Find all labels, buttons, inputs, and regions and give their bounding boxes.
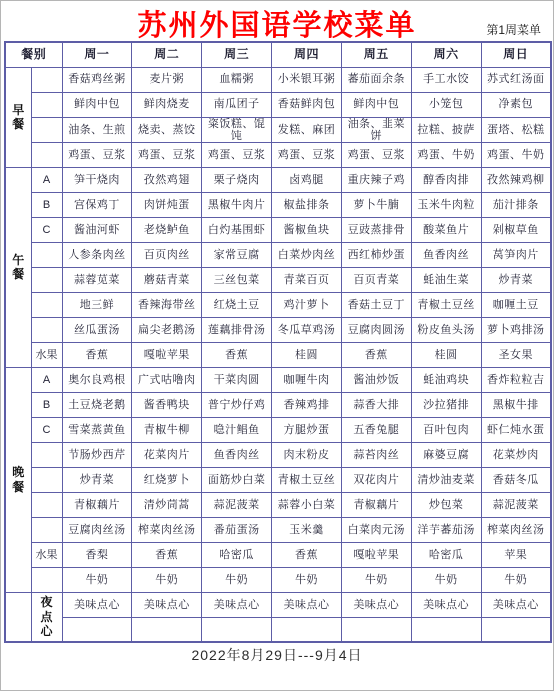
week-label: 第1周菜单 [486,21,541,38]
menu-cell: 酱香鸭块 [132,392,202,417]
row-sub-empty [31,142,62,167]
menu-cell: 孜然辣鸡柳 [481,167,551,192]
menu-cell: 美味点心 [481,592,551,617]
table-row: 丝瓜蛋汤扁尖老鹅汤莲藕排骨汤冬瓜草鸡汤豆腐肉圆汤粉皮鱼头汤萝卜鸡排汤 [5,317,551,342]
row-sub-empty [31,67,62,92]
menu-cell: 咖喱土豆 [481,292,551,317]
day-header-2: 周二 [132,42,202,67]
row-sub-label: A [31,167,62,192]
menu-cell: 香蕉 [202,342,272,367]
menu-cell: 萝卜鸡排汤 [481,317,551,342]
menu-cell: 青菜百页 [272,267,342,292]
header-row: 餐别 周一周二周三周四周五周六周日 [5,42,551,67]
menu-table: 餐别 周一周二周三周四周五周六周日 早 餐香菇鸡丝粥麦片粥血糯粥小米银耳粥蕃茄面… [4,41,552,643]
menu-cell: 牛奶 [272,567,342,592]
section-spacer-cell [5,592,31,642]
menu-cell: 卤鸡腿 [272,167,342,192]
menu-cell: 手工水饺 [411,67,481,92]
table-row: 蒜蓉苋菜蘑菇青菜三丝包菜青菜百页百页青菜蚝油生菜炒青菜 [5,267,551,292]
menu-cell: 蚝油鸡块 [411,367,481,392]
menu-cell: 苹果 [481,542,551,567]
row-sub-label: 水果 [31,342,62,367]
menu-cell: 净素包 [481,92,551,117]
menu-cell: 鲜肉中包 [62,92,132,117]
menu-cell: 广式咕噜肉 [132,367,202,392]
table-row: 早 餐香菇鸡丝粥麦片粥血糯粥小米银耳粥蕃茄面余条手工水饺苏式红汤面 [5,67,551,92]
table-row: 豆腐肉丝汤榨菜肉丝汤番茄蛋汤玉米羹白菜肉元汤洋芋蕃茄汤榨菜肉丝汤 [5,517,551,542]
menu-cell: 美味点心 [62,592,132,617]
menu-cell: 三丝包菜 [202,267,272,292]
date-range: 2022年8月29日---9月4日 [1,643,553,667]
table-row: C酱油河虾老烧鲈鱼白灼基围虾酱椒鱼块豆豉蒸排骨酸菜鱼片剁椒草鱼 [5,217,551,242]
page-title: 苏州外国语学校菜单 [1,3,553,44]
menu-cell: 牛奶 [62,567,132,592]
menu-cell: 蕃茄面余条 [341,67,411,92]
menu-cell: 方腿炒蛋 [272,417,342,442]
menu-sheet: 苏州外国语学校菜单 第1周菜单 餐别 周一周二周三周四周五周六周日 早 餐香菇鸡… [0,0,554,691]
menu-cell: 百页肉丝 [132,242,202,267]
menu-cell: 嘎啦苹果 [132,342,202,367]
menu-cell: 美味点心 [132,592,202,617]
menu-cell: 香蕉 [132,542,202,567]
menu-cell: 莲藕排骨汤 [202,317,272,342]
table-row: C雪菜蒸黄鱼青椒牛柳喼汁鲳鱼方腿炒蛋五香兔腿百叶包肉虾仁炖水蛋 [5,417,551,442]
menu-cell: 青椒藕片 [62,492,132,517]
menu-cell: 牛奶 [132,567,202,592]
menu-cell: 炒包菜 [411,492,481,517]
menu-cell: 青椒土豆丝 [411,292,481,317]
menu-cell: 香梨 [62,542,132,567]
menu-cell: 鲜肉烧麦 [132,92,202,117]
menu-cell: 鸡蛋、牛奶 [481,142,551,167]
row-sub-empty [31,492,62,517]
menu-cell: 香菇冬瓜 [481,467,551,492]
menu-cell [341,617,411,642]
menu-cell: 黑椒牛肉片 [202,192,272,217]
menu-cell: 小笼包 [411,92,481,117]
menu-cell: 五香兔腿 [341,417,411,442]
table-row: 鲜肉中包鲜肉烧麦南瓜团子香菇鲜肉包鲜肉中包小笼包净素包 [5,92,551,117]
menu-cell: 蒜香大排 [341,392,411,417]
menu-cell: 干菜肉圆 [202,367,272,392]
row-sub-label: A [31,367,62,392]
menu-cell: 鸡蛋、豆浆 [272,142,342,167]
table-row: 地三鲜香辣海带丝红烧土豆鸡汁萝卜香菇土豆丁青椒土豆丝咖喱土豆 [5,292,551,317]
menu-cell: 香菇鸡丝粥 [62,67,132,92]
menu-cell: 香辣海带丝 [132,292,202,317]
menu-cell: 百页青菜 [341,267,411,292]
section-label: 早 餐 [5,67,31,167]
menu-cell: 香蕉 [62,342,132,367]
row-sub-empty [31,442,62,467]
menu-cell: 普宁炒仔鸡 [202,392,272,417]
menu-cell: 青椒藕片 [341,492,411,517]
menu-cell: 牛奶 [411,567,481,592]
menu-cell: 百叶包肉 [411,417,481,442]
menu-cell: 喼汁鲳鱼 [202,417,272,442]
row-sub-empty [31,242,62,267]
menu-cell: 醇香肉排 [411,167,481,192]
menu-cell: 老烧鲈鱼 [132,217,202,242]
menu-cell: 圣女果 [481,342,551,367]
table-row: 夜 点 心美味点心美味点心美味点心美味点心美味点心美味点心美味点心 [5,592,551,617]
menu-cell: 酱油炒饭 [341,367,411,392]
menu-cell: 番茄蛋汤 [202,517,272,542]
menu-cell: 黑椒牛排 [481,392,551,417]
table-row: 人参条肉丝百页肉丝家常豆腐白菜炒肉丝西红柿炒蛋鱼香肉丝莴笋肉片 [5,242,551,267]
row-sub-empty [31,292,62,317]
menu-cell: 美味点心 [411,592,481,617]
menu-cell: 花菜肉片 [132,442,202,467]
menu-cell: 美味点心 [272,592,342,617]
menu-cell: 蒜泥菠菜 [202,492,272,517]
menu-cell: 虾仁炖水蛋 [481,417,551,442]
menu-cell [202,617,272,642]
row-sub-label: C [31,217,62,242]
row-sub-label: C [31,417,62,442]
menu-cell: 酸菜鱼片 [411,217,481,242]
menu-cell: 麻婆豆腐 [411,442,481,467]
menu-cell [272,617,342,642]
menu-cell: 蒜泥菠菜 [481,492,551,517]
menu-cell: 蘑菇青菜 [132,267,202,292]
menu-cell: 蒜蓉小白菜 [272,492,342,517]
row-sub-empty [31,567,62,592]
menu-cell: 扁尖老鹅汤 [132,317,202,342]
menu-cell: 苏式红汤面 [481,67,551,92]
menu-cell: 人参条肉丝 [62,242,132,267]
day-header-6: 周六 [411,42,481,67]
table-row: 牛奶牛奶牛奶牛奶牛奶牛奶牛奶 [5,567,551,592]
menu-cell: 香蕉 [341,342,411,367]
section-label: 晚 餐 [5,367,31,592]
menu-cell: 白菜肉元汤 [341,517,411,542]
menu-cell: 香菇鲜肉包 [272,92,342,117]
menu-cell: 油条、生煎 [62,117,132,142]
menu-cell: 萝卜牛腩 [341,192,411,217]
menu-cell: 玉米羹 [272,517,342,542]
row-sub-empty [31,117,62,142]
table-row: 水果香蕉嘎啦苹果香蕉桂圆香蕉桂圆圣女果 [5,342,551,367]
table-row: 节肠炒西芹花菜肉片鱼香肉丝肉末粉皮蒜苔肉丝麻婆豆腐花菜炒肉 [5,442,551,467]
menu-cell: 香辣鸡排 [272,392,342,417]
menu-cell: 豆豉蒸排骨 [341,217,411,242]
menu-cell: 栗子烧肉 [202,167,272,192]
menu-cell: 哈密瓜 [202,542,272,567]
menu-cell: 油条、韭菜饼 [341,117,411,142]
menu-cell: 小米银耳粥 [272,67,342,92]
menu-cell: 洋芋蕃茄汤 [411,517,481,542]
menu-cell: 麦片粥 [132,67,202,92]
menu-cell: 肉末粉皮 [272,442,342,467]
menu-cell: 榨菜肉丝汤 [132,517,202,542]
menu-cell: 酱油河虾 [62,217,132,242]
row-sub-label: B [31,392,62,417]
menu-cell: 花菜炒肉 [481,442,551,467]
menu-cell: 红烧土豆 [202,292,272,317]
menu-cell: 红烧萝卜 [132,467,202,492]
menu-cell: 雪菜蒸黄鱼 [62,417,132,442]
section-label: 夜 点 心 [31,592,62,642]
menu-cell: 剁椒草鱼 [481,217,551,242]
menu-cell: 节肠炒西芹 [62,442,132,467]
menu-cell: 哈密瓜 [411,542,481,567]
menu-cell: 香菇土豆丁 [341,292,411,317]
menu-cell: 白菜炒肉丝 [272,242,342,267]
menu-cell: 南瓜团子 [202,92,272,117]
title-row: 苏州外国语学校菜单 第1周菜单 [1,1,553,41]
menu-cell: 蒜蓉苋菜 [62,267,132,292]
menu-cell: 西红柿炒蛋 [341,242,411,267]
table-row: 油条、生煎烧卖、蒸饺粢饭糕、馄饨发糕、麻团油条、韭菜饼拉糕、披萨蛋塔、松糕 [5,117,551,142]
menu-cell: 咖喱牛肉 [272,367,342,392]
row-sub-empty [31,267,62,292]
menu-cell: 粢饭糕、馄饨 [202,117,272,142]
menu-cell: 鸡汁萝卜 [272,292,342,317]
menu-cell: 丝瓜蛋汤 [62,317,132,342]
menu-cell: 牛奶 [341,567,411,592]
menu-cell: 鸡蛋、牛奶 [411,142,481,167]
menu-cell [411,617,481,642]
menu-cell: 拉糕、披萨 [411,117,481,142]
menu-cell [481,617,551,642]
menu-cell: 面筋炒白菜 [202,467,272,492]
table-row: 午 餐A笋干烧肉孜然鸡翅栗子烧肉卤鸡腿重庆辣子鸡醇香肉排孜然辣鸡柳 [5,167,551,192]
menu-cell: 青椒土豆丝 [272,467,342,492]
table-row: 青椒藕片清炒茼蒿蒜泥菠菜蒜蓉小白菜青椒藕片炒包菜蒜泥菠菜 [5,492,551,517]
row-sub-label: B [31,192,62,217]
menu-cell: 炒青菜 [62,467,132,492]
menu-cell: 宫保鸡丁 [62,192,132,217]
menu-cell: 肉饼炖蛋 [132,192,202,217]
menu-cell: 土豆烧老鹅 [62,392,132,417]
menu-cell: 牛奶 [202,567,272,592]
table-row: B宫保鸡丁肉饼炖蛋黑椒牛肉片椒盐排条萝卜牛腩玉米牛肉粒茄汁排条 [5,192,551,217]
menu-cell: 蚝油生菜 [411,267,481,292]
menu-cell: 鸡蛋、豆浆 [202,142,272,167]
menu-cell: 清炒茼蒿 [132,492,202,517]
table-row: 晚 餐A奥尔良鸡根广式咕噜肉干菜肉圆咖喱牛肉酱油炒饭蚝油鸡块香炸粒粒吉 [5,367,551,392]
menu-cell: 莴笋肉片 [481,242,551,267]
menu-cell: 椒盐排条 [272,192,342,217]
table-row: 鸡蛋、豆浆鸡蛋、豆浆鸡蛋、豆浆鸡蛋、豆浆鸡蛋、豆浆鸡蛋、牛奶鸡蛋、牛奶 [5,142,551,167]
menu-cell: 地三鲜 [62,292,132,317]
menu-cell: 牛奶 [481,567,551,592]
corner-header: 餐别 [5,42,62,67]
menu-cell: 双花肉片 [341,467,411,492]
menu-cell: 茄汁排条 [481,192,551,217]
day-header-1: 周一 [62,42,132,67]
menu-cell: 粉皮鱼头汤 [411,317,481,342]
row-sub-empty [31,467,62,492]
menu-cell: 重庆辣子鸡 [341,167,411,192]
menu-cell: 鸡蛋、豆浆 [132,142,202,167]
menu-cell: 血糯粥 [202,67,272,92]
menu-cell: 发糕、麻团 [272,117,342,142]
menu-cell: 嘎啦苹果 [341,542,411,567]
menu-cell: 冬瓜草鸡汤 [272,317,342,342]
menu-cell: 酱椒鱼块 [272,217,342,242]
row-sub-empty [31,517,62,542]
row-sub-label: 水果 [31,542,62,567]
menu-cell: 笋干烧肉 [62,167,132,192]
menu-cell: 孜然鸡翅 [132,167,202,192]
menu-cell: 炒青菜 [481,267,551,292]
menu-cell: 鸡蛋、豆浆 [341,142,411,167]
table-row: 炒青菜红烧萝卜面筋炒白菜青椒土豆丝双花肉片清炒油麦菜香菇冬瓜 [5,467,551,492]
day-header-4: 周四 [272,42,342,67]
menu-cell: 蒜苔肉丝 [341,442,411,467]
menu-cell: 桂圆 [272,342,342,367]
menu-cell: 鸡蛋、豆浆 [62,142,132,167]
table-row [5,617,551,642]
menu-cell: 家常豆腐 [202,242,272,267]
table-row: 水果香梨香蕉哈密瓜香蕉嘎啦苹果哈密瓜苹果 [5,542,551,567]
menu-cell: 美味点心 [341,592,411,617]
menu-cell: 豆腐肉丝汤 [62,517,132,542]
menu-cell: 蛋塔、松糕 [481,117,551,142]
menu-cell: 美味点心 [202,592,272,617]
menu-cell: 玉米牛肉粒 [411,192,481,217]
menu-cell: 清炒油麦菜 [411,467,481,492]
menu-cell: 青椒牛柳 [132,417,202,442]
table-row: B土豆烧老鹅酱香鸭块普宁炒仔鸡香辣鸡排蒜香大排沙拉猪排黑椒牛排 [5,392,551,417]
menu-cell [132,617,202,642]
day-header-7: 周日 [481,42,551,67]
day-header-5: 周五 [341,42,411,67]
menu-cell: 香炸粒粒吉 [481,367,551,392]
menu-table-body: 早 餐香菇鸡丝粥麦片粥血糯粥小米银耳粥蕃茄面余条手工水饺苏式红汤面鲜肉中包鲜肉烧… [5,67,551,642]
menu-cell: 香蕉 [272,542,342,567]
row-sub-empty [31,92,62,117]
menu-cell: 白灼基围虾 [202,217,272,242]
menu-cell: 榨菜肉丝汤 [481,517,551,542]
section-label: 午 餐 [5,167,31,367]
menu-cell: 鲜肉中包 [341,92,411,117]
menu-cell: 鱼香肉丝 [202,442,272,467]
menu-cell: 鱼香肉丝 [411,242,481,267]
menu-cell: 沙拉猪排 [411,392,481,417]
day-header-3: 周三 [202,42,272,67]
menu-cell: 桂圆 [411,342,481,367]
menu-cell: 豆腐肉圆汤 [341,317,411,342]
menu-cell: 奥尔良鸡根 [62,367,132,392]
row-sub-empty [31,317,62,342]
menu-cell [62,617,132,642]
menu-cell: 烧卖、蒸饺 [132,117,202,142]
